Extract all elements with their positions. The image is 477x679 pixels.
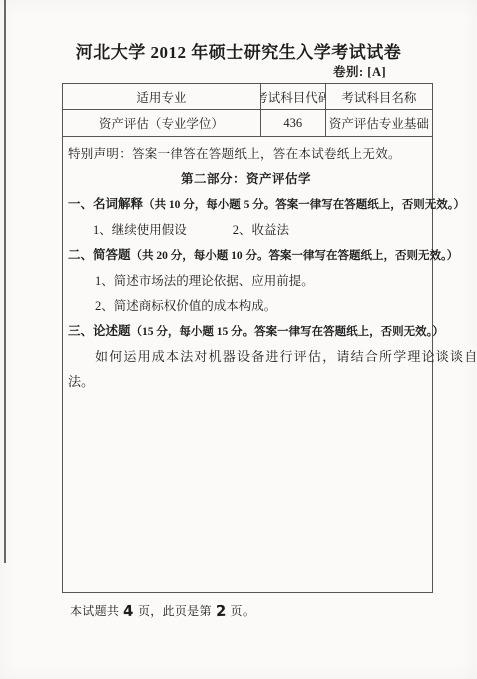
cell-applicable-major: 资产评估（专业学位） [63, 110, 261, 136]
section-1-title: 一、名词解释 [68, 197, 143, 211]
section-3-essay-line-1: 如何运用成本法对机器设备进行评估，请结合所学理论谈谈自己的看 [68, 350, 424, 364]
section-2-heading: 二、简答题（共 20 分，每小题 10 分。答案一律写在答题纸上，否则无效。） [68, 248, 424, 263]
exam-info-table: 适用专业 考试科目代码 考试科目名称 资产评估（专业学位） 436 资产评估专业… [63, 84, 432, 137]
scan-edge-artifact [4, 0, 6, 563]
exam-content-box: 适用专业 考试科目代码 考试科目名称 资产评估（专业学位） 436 资产评估专业… [62, 83, 433, 593]
paper-variant-label: 卷别: [A] [333, 62, 386, 80]
section-2-note: （共 20 分，每小题 10 分。答案一律写在答题纸上，否则无效。） [131, 250, 459, 262]
section-1-item-2: 2、收益法 [233, 223, 289, 237]
section-2-title: 二、简答题 [68, 248, 131, 262]
header-subject-code: 考试科目代码 [261, 84, 326, 109]
header-subject-name: 考试科目名称 [326, 84, 432, 109]
total-pages-handwritten: 4 [119, 602, 138, 621]
section-2-item-2: 2、简述商标权价值的成本构成。 [68, 299, 424, 313]
section-1-note: （共 10 分，每小题 5 分。答案一律写在答题纸上，否则无效。） [143, 199, 465, 211]
section-1-items: 1、继续使用假设2、收益法 [68, 223, 424, 237]
section-1-heading: 一、名词解释（共 10 分，每小题 5 分。答案一律写在答题纸上，否则无效。） [68, 197, 424, 212]
current-page-handwritten: 2 [211, 602, 230, 621]
cell-subject-name: 资产评估专业基础 [326, 110, 432, 136]
section-1-item-1: 1、继续使用假设 [93, 223, 187, 237]
special-notice: 特别声明：答案一律答在答题纸上，答在本试卷纸上无效。 [68, 147, 424, 161]
section-3-note: （15 分，每小题 15 分。答案一律写在答题纸上，否则无效。） [131, 326, 444, 338]
part-heading: 第二部分：资产评估学 [68, 172, 424, 186]
section-3-heading: 三、论述题（15 分，每小题 15 分。答案一律写在答题纸上，否则无效。） [68, 324, 424, 339]
questions-area: 特别声明：答案一律答在答题纸上，答在本试卷纸上无效。 第二部分：资产评估学 一、… [63, 147, 432, 389]
header-applicable-major: 适用专业 [63, 84, 261, 109]
table-data-row: 资产评估（专业学位） 436 资产评估专业基础 [63, 109, 432, 136]
section-3-essay-line-2: 法。 [68, 375, 424, 389]
section-3-title: 三、论述题 [68, 324, 131, 338]
footer-prefix: 本试题共 [70, 604, 119, 618]
page-footer: 本试题共4页，此页是第2页。 [70, 601, 255, 619]
section-2-item-1: 1、简述市场法的理论依据、应用前提。 [68, 274, 424, 288]
exam-title: 河北大学 2012 年硕士研究生入学考试试卷 [0, 38, 477, 63]
table-header-row: 适用专业 考试科目代码 考试科目名称 [63, 84, 432, 109]
cell-subject-code: 436 [261, 110, 326, 136]
exam-paper-page: 河北大学 2012 年硕士研究生入学考试试卷 卷别: [A] 适用专业 考试科目… [0, 0, 477, 679]
footer-suffix: 页。 [231, 604, 256, 618]
footer-mid: 页，此页是第 [138, 604, 212, 618]
